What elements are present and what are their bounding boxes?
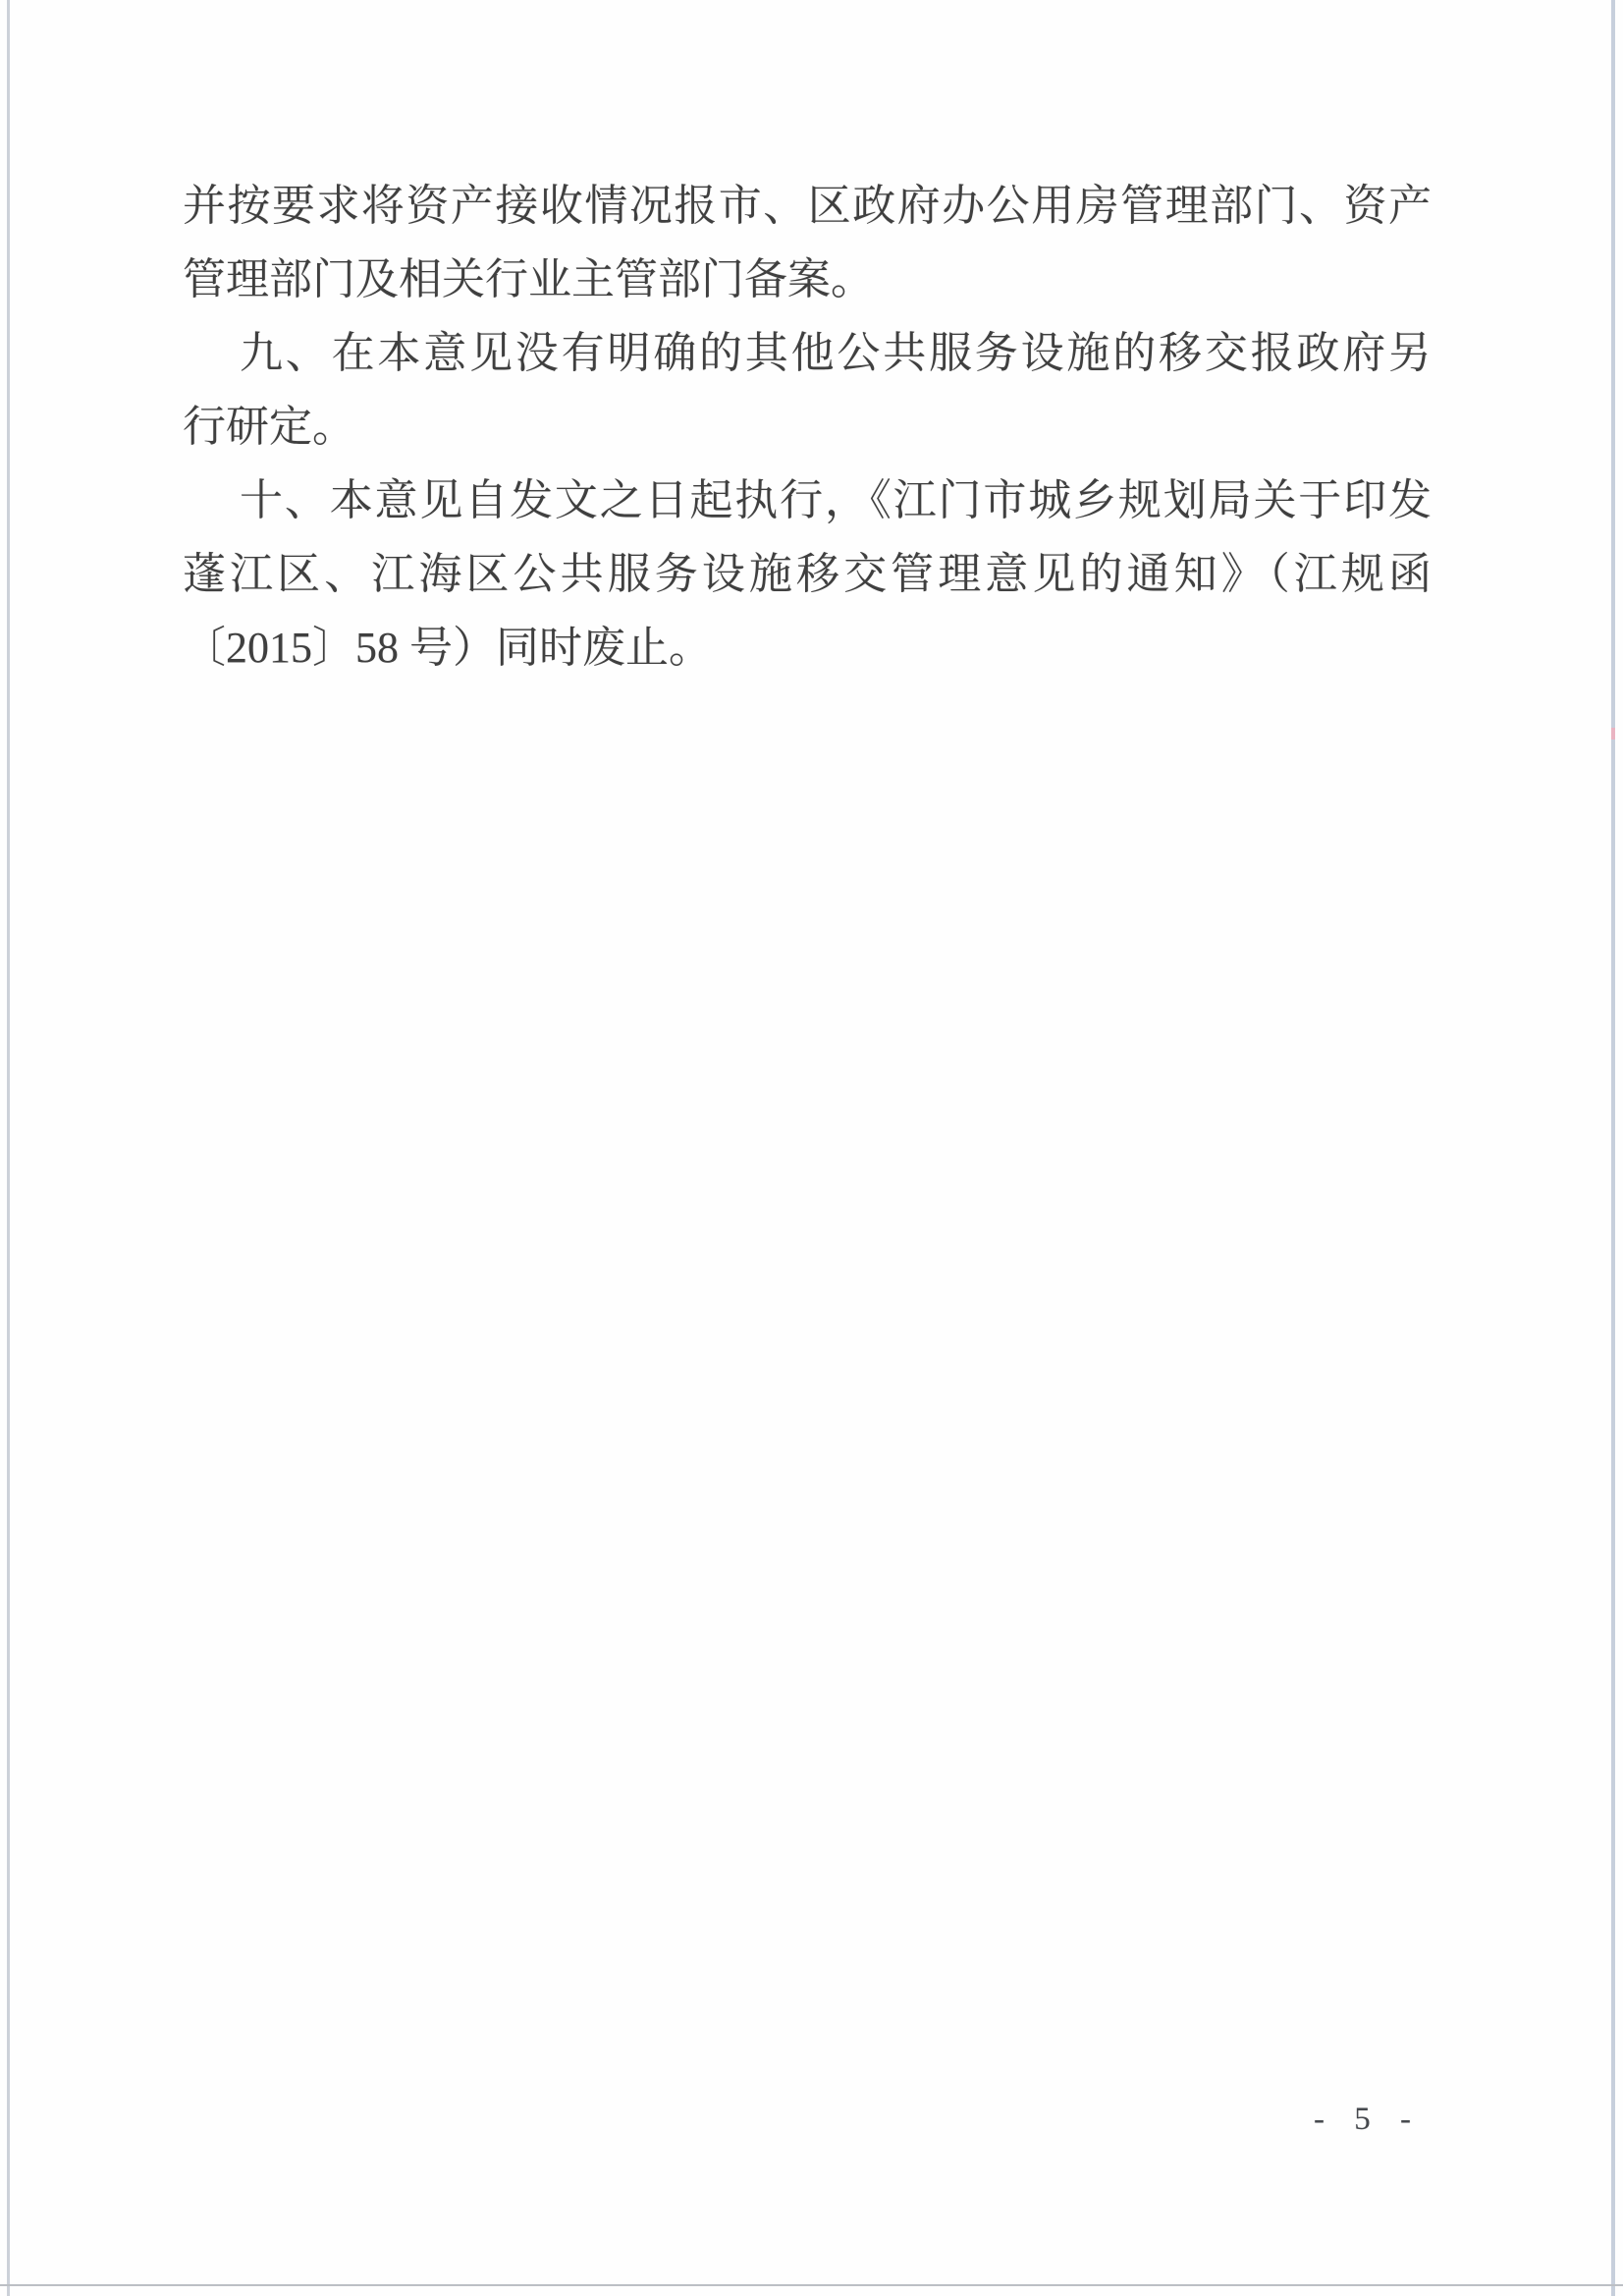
- text-line-7: 〔2015〕58 号）同时废止。: [183, 611, 1432, 684]
- page-number: - 5 -: [1314, 2102, 1422, 2138]
- document-body: 并按要求将资产接收情况报市、区政府办公用房管理部门、资产 管理部门及相关行业主管…: [183, 169, 1432, 684]
- text-line-3: 九、在本意见没有明确的其他公共服务设施的移交报政府另: [183, 316, 1432, 390]
- text-line-1: 并按要求将资产接收情况报市、区政府办公用房管理部门、资产: [183, 169, 1432, 243]
- text-line-6: 蓬江区、江海区公共服务设施移交管理意见的通知》（江规函: [183, 537, 1432, 611]
- scan-artifact-mark: [1611, 728, 1615, 739]
- scan-edge-bottom: [0, 2284, 1623, 2286]
- scan-edge-left: [7, 0, 10, 2296]
- scan-edge-right: [1611, 0, 1615, 2296]
- text-line-2: 管理部门及相关行业主管部门备案。: [183, 243, 1432, 316]
- text-line-5: 十、本意见自发文之日起执行，《江门市城乡规划局关于印发: [183, 464, 1432, 537]
- text-line-4: 行研定。: [183, 390, 1432, 464]
